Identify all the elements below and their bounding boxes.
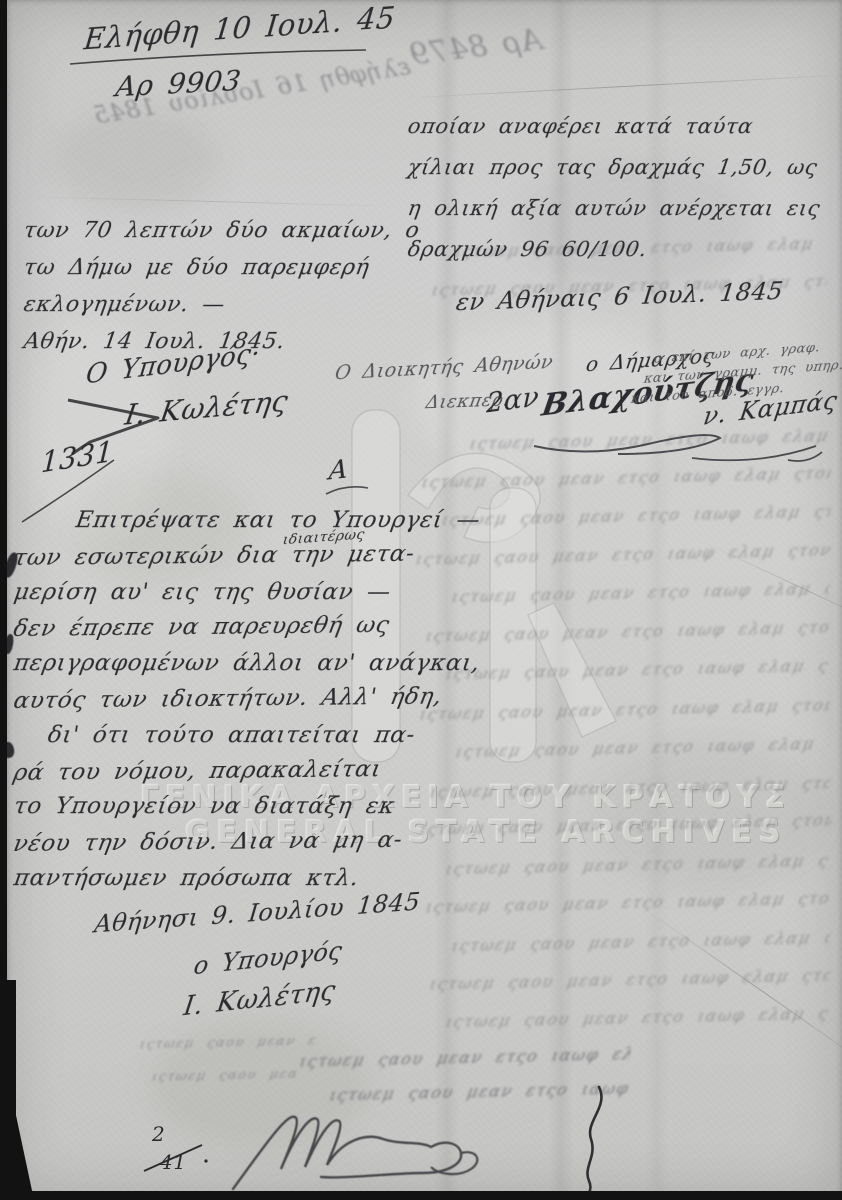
note-line: χίλιαι προς τας δραχμάς 1,50, ως	[405, 147, 836, 188]
bleedthrough-row: ιςτωεμ ςαου μεαν ετςο ιαωφ ελαμ ςτον ρες…	[418, 695, 832, 723]
body-paragraph: Επιτρέψατε και το Υπουργεί — των εσωτερι…	[14, 503, 372, 897]
body-line: ρά του νόμου, παρακαλείται	[10, 752, 375, 792]
right-note-paragraph: οποίαν αναφέρει κατά ταύτα χίλιαι προς τ…	[408, 106, 833, 270]
bleedthrough-row: ιςτωεμ ςαου μεαν ετςο ιαωφ ελαμ ςτον ρες…	[444, 656, 832, 684]
body-line: παντήσωμεν πρόσωπα κτλ.	[11, 861, 375, 897]
left-note-paragraph: των 70 λεπτών δύο ακμαίων, ο τω Δήμω με …	[24, 212, 359, 360]
bleedthrough-row: ιςτωεμ ςαου μεαν ετςο ιαωφ ελαμ ςτον ρες…	[424, 888, 832, 916]
bleedthrough-row: ιςτωεμ ςαου μεαν ετςο ιαωφ ελαμ ςτον ρες…	[428, 773, 832, 801]
bleedthrough-row: ιςτωεμ ςαου μεαν ετςο ιαωφ ελαμ ςτον ρες…	[440, 502, 832, 530]
bleedthrough-row: ιςτωεμ ςαου μεαν ετςο ιαωφ ελαμ ςτον ρες…	[418, 810, 834, 838]
body-line: δι' ότι τούτο απαιτείται πα-	[11, 718, 375, 754]
note-line: εκλογημένων. —	[21, 286, 362, 323]
clerk-signature-flourish	[688, 438, 828, 468]
note-line: των 70 λεπτών δύο ακμαίων, ο	[21, 212, 362, 249]
protocol-number-stamp: Αρ 9903	[114, 63, 243, 103]
note-line: τω Δήμω με δύο παρεμφερή	[21, 249, 362, 286]
bleedthrough-row: ιςτωεμ ςαου μεα	[150, 1066, 308, 1085]
bleedthrough-row: ιςτωεμ ςαου μεαν ετςο ιαωφ ελαμ ςτον ρες…	[428, 965, 832, 993]
body-line: το Υπουργείον να διατάξη εκ	[11, 789, 375, 825]
archival-document-scan: ΓΕΝΙΚΑ ΑΡΧΕΙΑ ΤΟΥ ΚΡΑΤΟΥΣ GENERAL STATE …	[0, 0, 842, 1200]
pencil-signature	[225, 1105, 495, 1195]
bleedthrough-row: ιςτωεμ ςαου μεαν ετςο ιαωφ ελαμ ςτον ρες…	[454, 734, 832, 762]
body-line: αυτός των ιδιοκτήτων. Αλλ' ήδη,	[10, 680, 375, 720]
bleedthrough-row: ιςτωεμ ςαου μεαν ετςο ιαωφ ελαμ ςτον	[298, 1044, 632, 1071]
section-mark-stroke	[322, 480, 372, 500]
note-line: η ολική αξία αυτών ανέρχεται εις	[405, 188, 836, 229]
bleedthrough-row: ιςτωεμ ςαου μεαν ετςο ιαωφ ελαμ ςτον ρες…	[450, 579, 832, 607]
bleedthrough-row: ιςτωεμ ςαου μεαν ετςο ιαωφ ελαμ ςτον ρες…	[450, 928, 832, 956]
body-line: περιγραφομένων άλλοι αν' ανάγκαι,	[11, 646, 375, 682]
body-line: δεν έπρεπε να παρευρεθή ως	[10, 609, 375, 649]
bleedthrough-row: ιςτωεμ ςαου μεαν ετςο ιαωφ ελαμ ςτον ρες…	[444, 1004, 832, 1032]
body-line: νέου την δόσιν. Δια να μη α-	[10, 823, 375, 863]
bleedthrough-row: ιςτωεμ ςαου μεαν ετςο ιαωφ ελαμ ςτον ρες…	[414, 540, 832, 568]
note-line: οποίαν αναφέρει κατά ταύτα	[405, 106, 836, 147]
bleedthrough-row: ιςτωεμ ςαου μεαν ετςο ιαωφ ελαμ ςτον ρες…	[444, 851, 832, 879]
body-line: μερίση αυ' εις της θυσίαν —	[11, 575, 375, 611]
note-line: δραχμών 96 60/100.	[405, 229, 836, 270]
bleedthrough-row: ιςτωεμ ςαου μεαν ε	[138, 1033, 326, 1052]
scanner-edge-bottom	[25, 1191, 842, 1200]
fraction-denominator: 41	[160, 1150, 186, 1174]
bleedthrough-row: ιςτωεμ ςαου μεαν ετςο ιαωφ ελαμ ςτον ρες…	[424, 617, 832, 645]
pen-squiggle-stroke	[575, 1085, 615, 1200]
